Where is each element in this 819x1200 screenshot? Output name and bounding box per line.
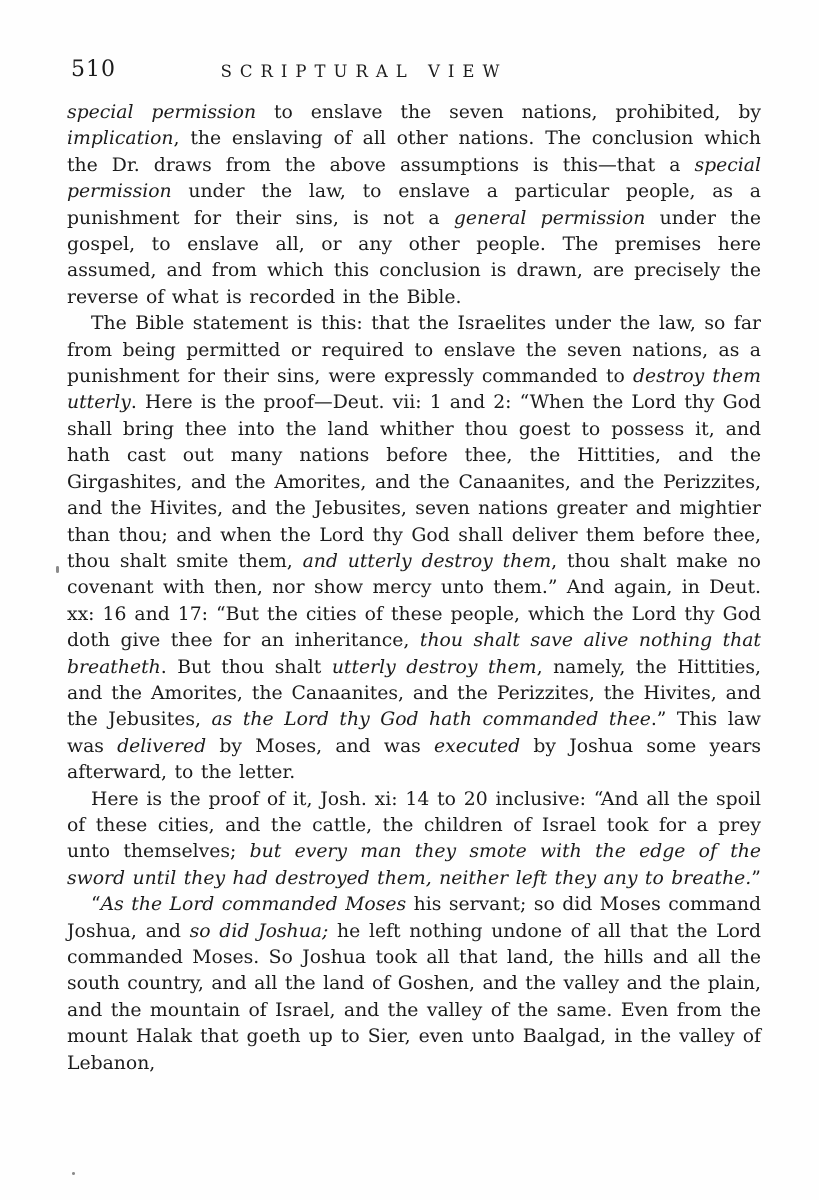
text-segment: to enslave the seven nations, prohibited… xyxy=(256,102,761,123)
text-segment: ” xyxy=(751,868,761,889)
text-segment: “ xyxy=(91,894,101,915)
text-block: special permission to enslave the seven … xyxy=(67,100,761,1077)
running-head: 510 SCRIPTURAL VIEW xyxy=(0,0,819,100)
text-segment: so did Joshua; xyxy=(190,921,329,942)
text-segment: delivered xyxy=(117,736,206,757)
paragraph: special permission to enslave the seven … xyxy=(67,100,761,311)
paragraph: Here is the proof of it, Josh. xi: 14 to… xyxy=(67,787,761,893)
text-segment: As the Lord commanded Moses xyxy=(101,894,407,915)
text-segment: as the Lord thy God hath commanded thee xyxy=(211,709,650,730)
scan-speck xyxy=(56,566,59,573)
text-segment: general permission xyxy=(454,208,645,229)
paragraph: The Bible statement is this: that the Is… xyxy=(67,311,761,786)
text-segment: executed xyxy=(434,736,520,757)
page-number: 510 xyxy=(71,57,116,82)
paragraph: “As the Lord commanded Moses his servant… xyxy=(67,892,761,1077)
text-segment: implication xyxy=(67,128,174,149)
running-title: SCRIPTURAL VIEW xyxy=(221,62,508,81)
scan-speck xyxy=(72,1172,75,1175)
text-segment: by Moses, and was xyxy=(206,736,434,757)
text-segment: and utterly destroy them xyxy=(303,551,552,572)
text-segment: utterly destroy them xyxy=(332,657,537,678)
text-segment: special permission xyxy=(67,102,256,123)
text-segment: he left nothing undone of all that the L… xyxy=(67,921,761,1074)
text-segment: . Here is the proof—Deut. vii: 1 and 2: … xyxy=(67,392,761,571)
text-segment: . But thou shalt xyxy=(161,657,332,678)
book-page: 510 SCRIPTURAL VIEW special permission t… xyxy=(0,0,819,1200)
